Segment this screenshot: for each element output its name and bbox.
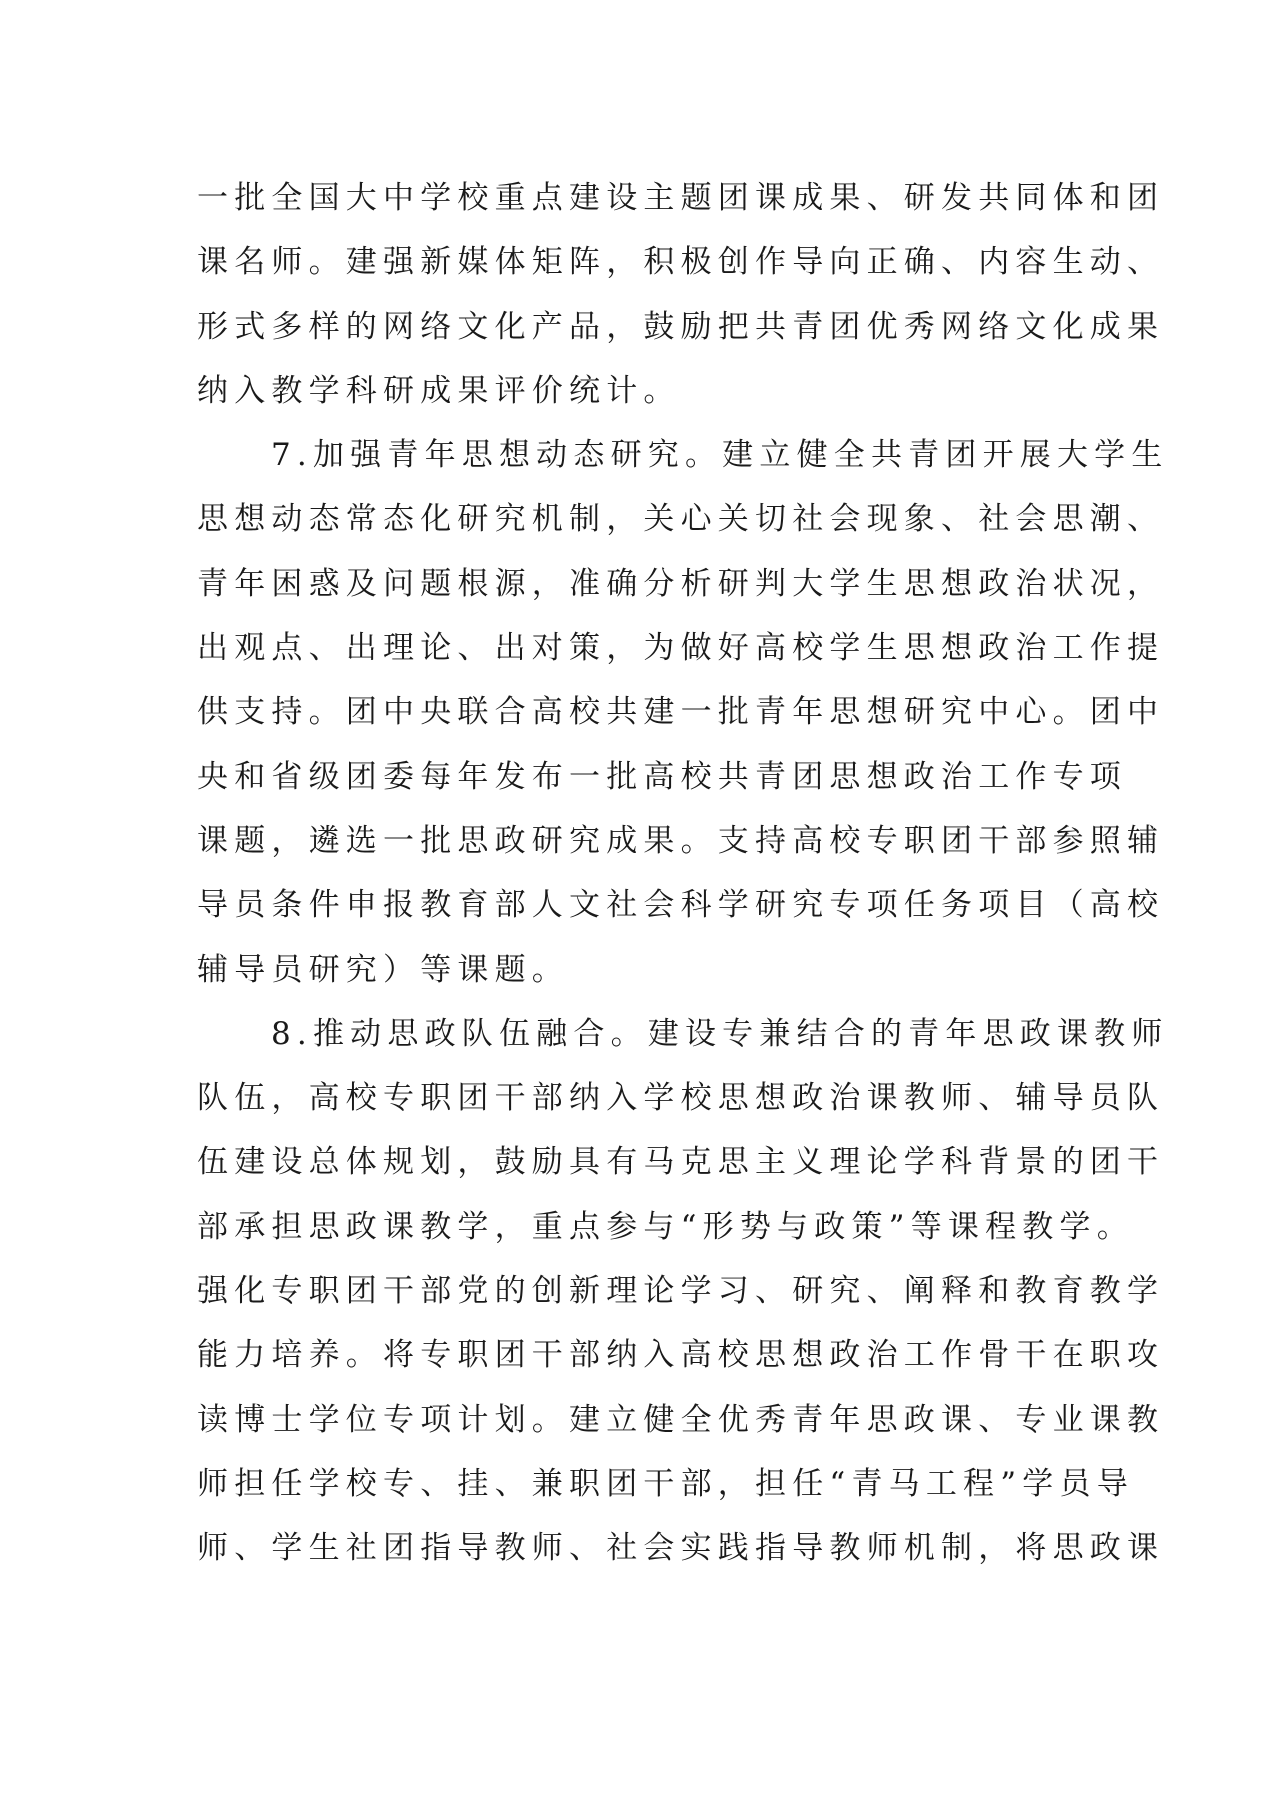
text-line: 出观点、出理论、出对策，为做好高校学生思想政治工作提 [197,616,1097,680]
text-line: 辅导员研究）等课题。 [197,938,1097,1002]
text-line: 形式多样的网络文化产品，鼓励把共青团优秀网络文化成果 [197,295,1097,359]
text-line: 课题，遴选一批思政研究成果。支持高校专职团干部参照辅 [197,809,1097,873]
text-line: 队伍，高校专职团干部纳入学校思想政治课教师、辅导员队 [197,1066,1097,1130]
text-line: 思想动态常态化研究机制，关心关切社会现象、社会思潮、 [197,487,1097,551]
section-8-heading-line: 8.推动思政队伍融合。建设专兼结合的青年思政课教师 [197,1002,1097,1066]
text-line: 课名师。建强新媒体矩阵，积极创作导向正确、内容生动、 [197,230,1097,294]
text-line: 纳入教学科研成果评价统计。 [197,359,1097,423]
text-line: 师、学生社团指导教师、社会实践指导教师机制，将思政课 [197,1516,1097,1580]
text-line: 部承担思政课教学，重点参与“形势与政策”等课程教学。 [197,1195,1097,1259]
text-line: 供支持。团中央联合高校共建一批青年思想研究中心。团中 [197,680,1097,744]
text-line: 伍建设总体规划，鼓励具有马克思主义理论学科背景的团干 [197,1130,1097,1194]
text-line: 央和省级团委每年发布一批高校共青团思想政治工作专项 [197,745,1097,809]
text-line: 强化专职团干部党的创新理论学习、研究、阐释和教育教学 [197,1259,1097,1323]
text-line: 一批全国大中学校重点建设主题团课成果、研发共同体和团 [197,166,1097,230]
section-7-heading-line: 7.加强青年思想动态研究。建立健全共青团开展大学生 [197,423,1097,487]
text-line: 读博士学位专项计划。建立健全优秀青年思政课、专业课教 [197,1388,1097,1452]
text-line: 青年困惑及问题根源，准确分析研判大学生思想政治状况， [197,552,1097,616]
text-line: 能力培养。将专职团干部纳入高校思想政治工作骨干在职攻 [197,1323,1097,1387]
text-line: 师担任学校专、挂、兼职团干部，担任“青马工程”学员导 [197,1452,1097,1516]
text-line: 导员条件申报教育部人文社会科学研究专项任务项目（高校 [197,873,1097,937]
document-page: 一批全国大中学校重点建设主题团课成果、研发共同体和团 课名师。建强新媒体矩阵，积… [0,0,1279,1810]
document-body: 一批全国大中学校重点建设主题团课成果、研发共同体和团 课名师。建强新媒体矩阵，积… [197,166,1097,1581]
